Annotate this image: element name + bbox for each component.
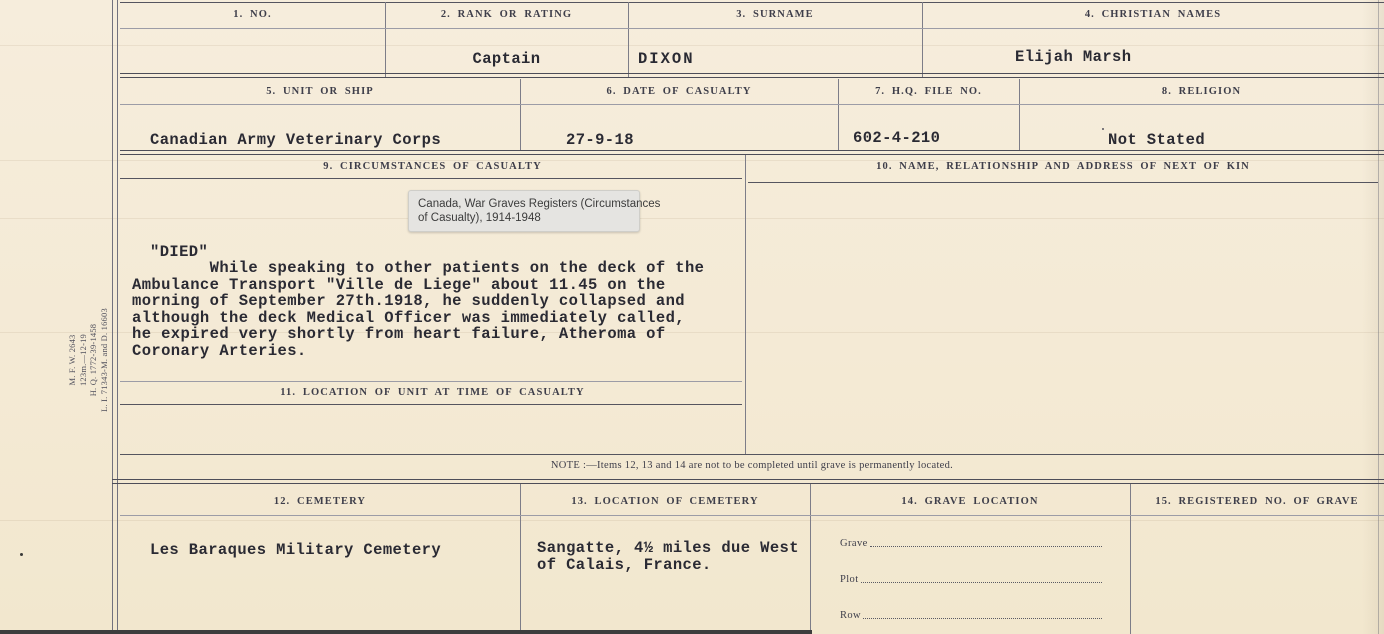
- plot-row: Plot: [840, 574, 1102, 585]
- underline-circumstances: [120, 178, 742, 179]
- tooltip-line-1: Canada, War Graves Registers (Circumstan…: [418, 197, 630, 211]
- field-value-religion: Not Stated: [1108, 131, 1205, 149]
- double-rule-row1: [120, 73, 1384, 78]
- ink-speck: [1102, 128, 1104, 130]
- note-text: NOTE :—Items 12, 13 and 14 are not to be…: [120, 460, 1384, 471]
- stamp-line-3: H. Q. 1772-39-1458: [88, 280, 99, 440]
- underline-next-of-kin: [748, 182, 1378, 183]
- field-value-surname: DIXON: [638, 50, 695, 68]
- stamp-line-1: M. F. W. 2643: [67, 280, 78, 440]
- grave-row: Grave: [840, 538, 1102, 549]
- field-label-surname: 3. SURNAME: [628, 9, 922, 20]
- field-value-unit: Canadian Army Veterinary Corps: [150, 131, 441, 149]
- field-label-grave-location: 14. GRAVE LOCATION: [810, 496, 1130, 507]
- field-value-christian-names: Elijah Marsh: [1015, 48, 1131, 66]
- field-label-no: 1. NO.: [120, 9, 385, 20]
- margin-print-stamp: M. F. W. 2643 123m.—12-19 H. Q. 1772-39-…: [67, 280, 109, 440]
- field-label-next-of-kin: 10. NAME, RELATIONSHIP AND ADDRESS OF NE…: [748, 161, 1378, 172]
- field-label-christian-names: 4. CHRISTIAN NAMES: [922, 9, 1384, 20]
- field-label-hq-file-no: 7. H.Q. FILE NO.: [838, 86, 1019, 97]
- row-label: Row: [840, 610, 861, 621]
- circumstances-body: While speaking to other patients on the …: [132, 260, 704, 359]
- tooltip-line-2: of Casualty), 1914-1948: [418, 211, 630, 225]
- field-label-date-of-casualty: 6. DATE OF CASUALTY: [520, 86, 838, 97]
- field-label-religion: 8. RELIGION: [1019, 86, 1384, 97]
- divider-circumstances-nextofkin: [745, 155, 746, 454]
- field-label-rank: 2. RANK OR RATING: [385, 9, 628, 20]
- stamp-line-2: 123m.—12-19: [78, 280, 89, 440]
- row-dotted-leader: [863, 617, 1102, 619]
- field-value-cemetery: Les Baraques Military Cemetery: [150, 541, 441, 559]
- field-label-cemetery: 12. CEMETERY: [120, 496, 520, 507]
- plot-dotted-leader: [861, 581, 1102, 583]
- plot-label: Plot: [840, 574, 859, 585]
- ink-speck: [20, 553, 23, 556]
- war-graves-register-form: 1. NO. 2. RANK OR RATING 3. SURNAME 4. C…: [0, 0, 1384, 634]
- line-above-note: [120, 454, 1384, 455]
- paper-streak: [0, 45, 1384, 46]
- top-border-line: [120, 2, 1384, 3]
- field-value-rank: Captain: [385, 50, 628, 68]
- field-label-unit: 5. UNIT OR SHIP: [120, 86, 520, 97]
- field-value-cemetery-location-line2: of Calais, France.: [537, 556, 712, 574]
- field-label-circumstances: 9. CIRCUMSTANCES OF CASUALTY: [120, 161, 745, 172]
- stamp-line-4: L. I. 71343-M. and D. 16603: [99, 280, 110, 440]
- line-above-unit-location: [120, 381, 742, 382]
- field-label-registered-no: 15. REGISTERED NO. OF GRAVE: [1130, 496, 1384, 507]
- field-label-unit-location: 11. LOCATION OF UNIT AT TIME OF CASUALTY: [120, 387, 745, 398]
- source-citation-tooltip: Canada, War Graves Registers (Circumstan…: [408, 190, 640, 232]
- scan-edge-strip: [0, 630, 812, 634]
- grave-label: Grave: [840, 538, 868, 549]
- header-underline-row1: [120, 28, 1384, 29]
- paper-streak: [0, 520, 1384, 521]
- double-rule-note: [112, 479, 1384, 484]
- header-underline-row2: [120, 104, 1384, 105]
- field-value-date-of-casualty: 27-9-18: [566, 131, 634, 149]
- double-rule-row2: [120, 150, 1384, 155]
- row-row: Row: [840, 610, 1102, 621]
- grave-dotted-leader: [870, 545, 1102, 547]
- field-value-hq-file-no: 602-4-210: [853, 129, 940, 147]
- underline-unit-location: [120, 404, 742, 405]
- form-left-border: [112, 0, 118, 634]
- paper-streak: [0, 218, 1384, 219]
- field-value-cemetery-location-line1: Sangatte, 4½ miles due West: [537, 539, 799, 557]
- header-underline-row4: [120, 515, 1384, 516]
- field-label-cemetery-location: 13. LOCATION OF CEMETERY: [520, 496, 810, 507]
